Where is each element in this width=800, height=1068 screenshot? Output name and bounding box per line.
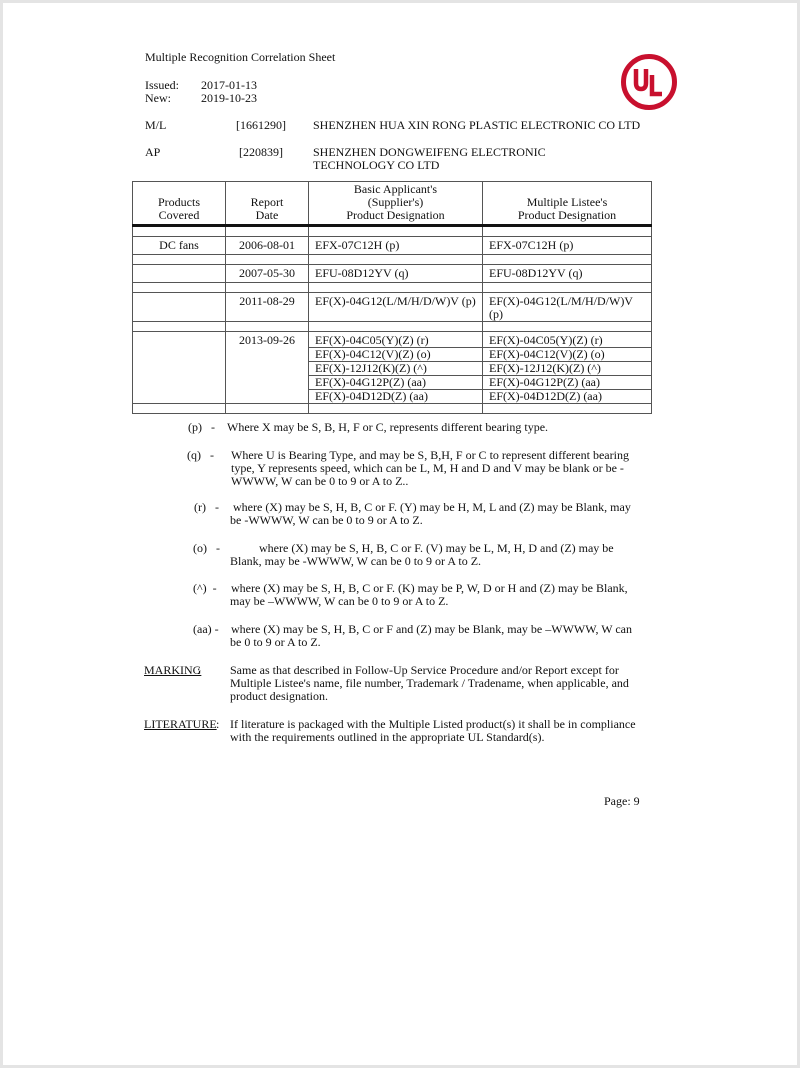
cell-product [133,332,226,404]
table-row: 2011-08-29EF(X)-04G12(L/M/H/D/W)V (p)EF(… [133,293,652,322]
header-products-covered: ProductsCovered [133,182,226,226]
cell-listee-designation: EFX-07C12H (p) [483,237,652,255]
designation-entry: EF(X)-04C05(Y)(Z) (r) [309,334,482,348]
designation-entry: EF(X)-04D12D(Z) (aa) [483,390,651,403]
issued-date: 2017-01-13 [201,78,257,92]
literature-label: LITERATURE [144,717,217,732]
footnote-text: Where X may be S, B, H, F or C, represen… [227,421,639,434]
table-spacer-row [133,255,652,265]
ap-label: AP [145,145,160,159]
ml-label: M/L [145,118,166,132]
cell-basic-designation: EF(X)-04G12(L/M/H/D/W)V (p) [309,293,483,322]
designation-entry: EF(X)-04C12(V)(Z) (o) [309,348,482,362]
cell-product [133,293,226,322]
designation-entry: EF(X)-04G12(L/M/H/D/W)V (p) [315,295,476,308]
footnote-marker: (p) - [188,421,215,434]
ml-name: SHENZHEN HUA XIN RONG PLASTIC ELECTRONIC… [313,118,640,132]
designation-entry: EFX-07C12H (p) [315,239,476,252]
designation-entry: EF(X)-04G12(L/M/H/D/W)V (p) [489,295,645,321]
correlation-table: ProductsCovered ReportDate Basic Applica… [132,181,652,414]
ul-logo-icon [620,53,678,111]
document-title: Multiple Recognition Correlation Sheet [145,50,335,64]
designation-entry: EF(X)-04G12P(Z) (aa) [309,376,482,390]
footnote-marker: (^) - [193,582,217,595]
cell-report-date: 2011-08-29 [226,293,309,322]
designation-entry: EF(X)-04C12(V)(Z) (o) [483,348,651,362]
cell-report-date: 2013-09-26 [226,332,309,404]
footnote-text: where (X) may be S, H, B, C or F. (K) ma… [230,582,642,608]
footnote-marker: (o) - [193,542,220,555]
cell-basic-designation: EFU-08D12YV (q) [309,265,483,283]
page-number: Page: 9 [604,794,640,808]
cell-listee-designation: EF(X)-04G12(L/M/H/D/W)V (p) [483,293,652,322]
footnote-text: Where U is Bearing Type, and may be S, B… [231,449,643,488]
table-header-row: ProductsCovered ReportDate Basic Applica… [133,182,652,226]
table-spacer-row [133,226,652,237]
cell-product: DC fans [133,237,226,255]
designation-entry: EFX-07C12H (p) [489,239,645,252]
ap-name-line2: TECHNOLOGY CO LTD [313,158,439,172]
cell-report-date: 2007-05-30 [226,265,309,283]
marking-label: MARKING [144,663,201,678]
cell-listee-designation: EFU-08D12YV (q) [483,265,652,283]
designation-entry: EF(X)-04D12D(Z) (aa) [309,390,482,403]
table-spacer-row [133,322,652,332]
footnote-text: where (X) may be S, H, B, C or F. (V) ma… [230,542,642,568]
table-spacer-row [133,283,652,293]
ml-number: [1661290] [236,118,286,132]
cell-report-date: 2006-08-01 [226,237,309,255]
literature-colon: : [216,717,219,731]
designation-entry: EF(X)-04C05(Y)(Z) (r) [483,334,651,348]
designation-entry: EFU-08D12YV (q) [489,267,645,280]
designation-entry: EF(X)-12J12(K)(Z) (^) [483,362,651,376]
cell-basic-designation: EFX-07C12H (p) [309,237,483,255]
footnote-marker: (aa) - [193,623,219,636]
literature-text: If literature is packaged with the Multi… [230,718,650,744]
document-page: Multiple Recognition Correlation Sheet I… [3,3,797,1065]
table-row: 2007-05-30EFU-08D12YV (q)EFU-08D12YV (q) [133,265,652,283]
footnote-text: where (X) may be S, H, B, C or F. (Y) ma… [230,501,642,527]
table-row: 2013-09-26EF(X)-04C05(Y)(Z) (r)EF(X)-04C… [133,332,652,404]
footnote-marker: (q) - [187,449,214,462]
footnote-text: where (X) may be S, H, B, C or F and (Z)… [230,623,642,649]
cell-listee-designation: EF(X)-04C05(Y)(Z) (r)EF(X)-04C12(V)(Z) (… [483,332,652,404]
marking-colon: : [197,663,200,677]
issued-label: Issued: [145,78,179,92]
ap-number: [220839] [239,145,283,159]
new-label: New: [145,91,171,105]
cell-basic-designation: EF(X)-04C05(Y)(Z) (r)EF(X)-04C12(V)(Z) (… [309,332,483,404]
header-multiple-listee: Multiple Listee'sProduct Designation [483,182,652,226]
footnote-marker: (r) - [194,501,219,514]
table-spacer-row [133,404,652,414]
ap-name-line1: SHENZHEN DONGWEIFENG ELECTRONIC [313,145,546,159]
designation-entry: EFU-08D12YV (q) [315,267,476,280]
new-date: 2019-10-23 [201,91,257,105]
designation-entry: EF(X)-04G12P(Z) (aa) [483,376,651,390]
header-report-date: ReportDate [226,182,309,226]
marking-text: Same as that described in Follow-Up Serv… [230,664,650,703]
designation-entry: EF(X)-12J12(K)(Z) (^) [309,362,482,376]
header-basic-applicant: Basic Applicant's(Supplier's)Product Des… [309,182,483,226]
cell-product [133,265,226,283]
table-row: DC fans2006-08-01EFX-07C12H (p)EFX-07C12… [133,237,652,255]
